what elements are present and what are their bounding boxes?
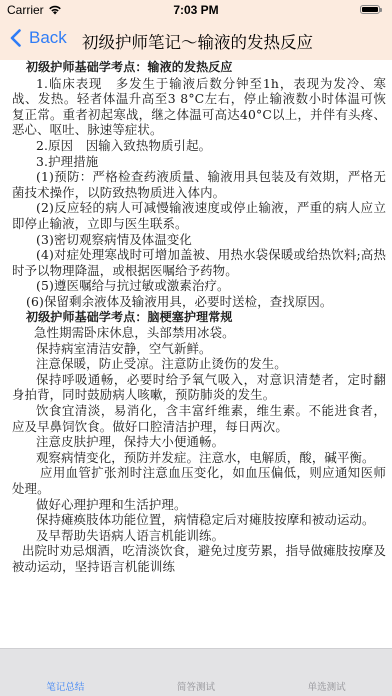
note-paragraph: (5)遵医嘱给与抗过敏或激素治疗。	[12, 278, 386, 294]
back-button[interactable]: Back	[10, 28, 67, 48]
page-title: 初级护师笔记～输液的发热反应	[82, 29, 313, 53]
note-paragraph: (1)预防：严格检查药液质量、输液用具包装及有效期，严格无菌技术操作，以防致热物…	[12, 169, 386, 200]
status-time: 7:03 PM	[0, 3, 392, 17]
note-paragraph: (3)密切观察病情及体温变化	[12, 232, 386, 248]
note-paragraph: 出院时劝忌烟酒，吃清淡饮食，避免过度劳累，指导做瘫肢按摩及被动运动，坚持语言机能…	[12, 543, 386, 574]
note-paragraph: 做好心理护理和生活护理。	[12, 497, 386, 513]
tab-label: 单选测试	[261, 679, 392, 693]
note-paragraph: (2)反应轻的病人可减慢输液速度或停止输液，严重的病人应立即停止输液，立即与医生…	[12, 200, 386, 231]
section-heading: 初级护师基础学考点：脑梗塞护理常规	[12, 310, 386, 326]
notes-content[interactable]: 初级护师基础学考点：输液的发热反应1.临床表现 多发生于输液后数分钟至1h，表现…	[0, 60, 392, 648]
note-paragraph: 及早帮助失语病人语言机能训练。	[12, 528, 386, 544]
tab-short-answer-test[interactable]: 简答测试	[131, 649, 262, 696]
note-paragraph: 注意保暖，防止受凉。注意防止烫伤的发生。	[12, 356, 386, 372]
note-paragraph: 注意皮肤护理，保持大小便通畅。	[12, 434, 386, 450]
tab-bar: 笔记总结 简答测试 单选测试	[0, 648, 392, 696]
tab-label: 简答测试	[131, 679, 262, 693]
note-paragraph: 保持病室清洁安静，空气新鲜。	[12, 341, 386, 357]
note-paragraph: 2.原因 因输入致热物质引起。	[12, 138, 386, 154]
back-label: Back	[29, 28, 67, 48]
note-paragraph: 保持呼吸通畅，必要时给予氧气吸入，对意识清楚者，定时翻身拍背，同时鼓励病人咳嗽，…	[12, 372, 386, 403]
note-paragraph: 观察病情变化，预防并发症。注意水，电解质，酸，碱平衡。	[12, 450, 386, 466]
note-paragraph: 3.护理措施	[12, 154, 386, 170]
note-paragraph: 饮食宜清淡，易消化，含丰富纤维素，维生素。不能进食者，应及早鼻饲饮食。做好口腔清…	[12, 403, 386, 434]
section-heading: 初级护师基础学考点：输液的发热反应	[12, 60, 386, 76]
navigation-bar: Back 初级护师笔记～输液的发热反应	[0, 20, 392, 60]
note-paragraph: 1.临床表现 多发生于输液后数分钟至1h，表现为发冷、寒战、发热。轻者体温升高至…	[12, 76, 386, 138]
tab-label: 笔记总结	[0, 679, 131, 693]
note-paragraph: 应用血管扩张剂时注意血压变化，如血压偏低，则应通知医师处理。	[12, 465, 386, 496]
battery-icon	[360, 5, 380, 14]
tab-notes-summary[interactable]: 笔记总结	[0, 649, 131, 696]
chevron-left-icon	[10, 29, 21, 47]
tab-single-choice-test[interactable]: 单选测试	[261, 649, 392, 696]
note-paragraph: 急性期需卧床休息，头部禁用冰袋。	[12, 325, 386, 341]
note-paragraph: (4)对症处理寒战时可增加盖被、用热水袋保暖或给热饮料;高热时予以物理降温，或根…	[12, 247, 386, 278]
note-paragraph: (6)保留剩余液体及输液用具，必要时送检，查找原因。	[12, 294, 386, 310]
status-bar: Carrier 7:03 PM	[0, 0, 392, 20]
note-paragraph: 保持瘫痪肢体功能位置，病情稳定后对瘫肢按摩和被动运动。	[12, 512, 386, 528]
note-document: 初级护师基础学考点：输液的发热反应1.临床表现 多发生于输液后数分钟至1h，表现…	[12, 60, 386, 575]
